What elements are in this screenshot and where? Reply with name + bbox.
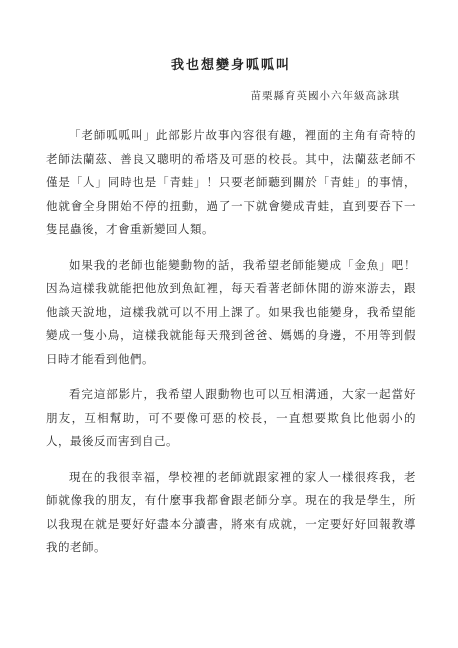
essay-title: 我也想變身呱呱叫 bbox=[46, 54, 416, 73]
essay-paragraph-1: 「老師呱呱叫」此部影片故事內容很有趣，裡面的主角有奇特的老師法蘭茲、善良又聰明的… bbox=[46, 124, 416, 242]
essay-paragraph-3: 看完這部影片，我希望人跟動物也可以互相溝通，大家一起當好朋友，互相幫助，可不要像… bbox=[46, 383, 416, 454]
document-page: 我也想變身呱呱叫 苗栗縣育英國小六年級高詠琪 「老師呱呱叫」此部影片故事內容很有… bbox=[0, 0, 458, 648]
essay-paragraph-4: 現在的我很幸福，學校裡的老師就跟家裡的家人一樣很疼我，老師就像我的朋友，有什麼事… bbox=[46, 466, 416, 560]
essay-body: 「老師呱呱叫」此部影片故事內容很有趣，裡面的主角有奇特的老師法蘭茲、善良又聰明的… bbox=[46, 124, 416, 560]
essay-byline: 苗栗縣育英國小六年級高詠琪 bbox=[46, 88, 400, 103]
essay-paragraph-2: 如果我的老師也能變動物的話，我希望老師能變成「金魚」吧！因為這樣我就能把他放到魚… bbox=[46, 254, 416, 372]
